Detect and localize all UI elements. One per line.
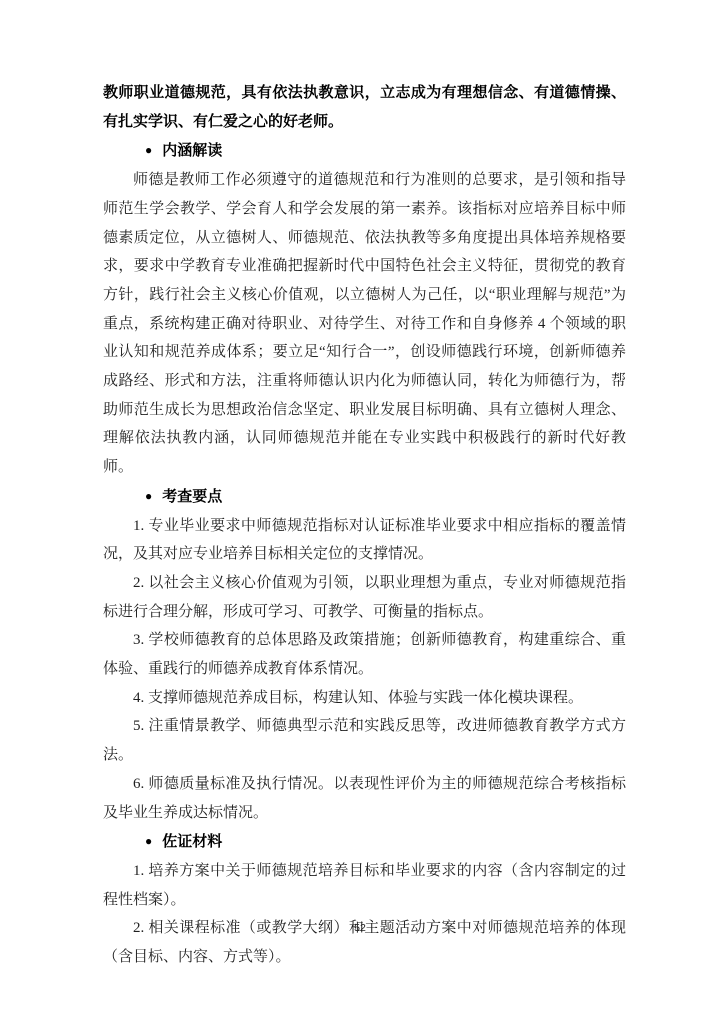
section-heading-label: 佐证材料 — [162, 833, 222, 850]
section-heading-label: 内涵解读 — [162, 142, 222, 159]
section-heading-key-points: ●考查要点 — [103, 482, 626, 512]
bullet-icon: ● — [145, 827, 152, 856]
paragraph: 3. 学校师德教育的总体思路及政策措施；创新师德教育，构建重综合、重体验、重践行… — [103, 626, 626, 683]
bullet-icon: ● — [145, 482, 152, 511]
section-heading-label: 考查要点 — [162, 488, 222, 505]
intro-paragraph: 教师职业道德规范，具有依法执教意识，立志成为有理想信念、有道德情操、有扎实学识、… — [103, 79, 626, 136]
section-heading-supporting-materials: ●佐证材料 — [103, 827, 626, 857]
page-content: 教师职业道德规范，具有依法执教意识，立志成为有理想信念、有道德情操、有扎实学识、… — [103, 79, 626, 972]
paragraph: 6. 师德质量标准及执行情况。以表现性评价为主的师德规范综合考核指标及毕业生养成… — [103, 770, 626, 827]
paragraph: 1. 专业毕业要求中师德规范指标对认证标准毕业要求中相应指标的覆盖情况，及其对应… — [103, 512, 626, 569]
document-page: 教师职业道德规范，具有依法执教意识，立志成为有理想信念、有道德情操、有扎实学识、… — [0, 0, 720, 1018]
paragraph: 师德是教师工作必须遵守的道德规范和行为准则的总要求，是引领和指导师范生学会教学、… — [103, 166, 626, 482]
paragraph: 1. 培养方案中关于师德规范培养目标和毕业要求的内容（含内容制定的过程性档案）。 — [103, 857, 626, 914]
page-number: 52 — [0, 922, 720, 934]
bullet-icon: ● — [145, 136, 152, 165]
paragraph: 2. 以社会主义核心价值观为引领，以职业理想为重点，专业对师德规范指标进行合理分… — [103, 569, 626, 626]
paragraph: 5. 注重情景教学、师德典型示范和实践反思等，改进师德教育教学方式方法。 — [103, 712, 626, 769]
paragraph: 4. 支撑师德规范养成目标，构建认知、体验与实践一体化模块课程。 — [103, 684, 626, 713]
section-heading-connotation: ●内涵解读 — [103, 136, 626, 166]
